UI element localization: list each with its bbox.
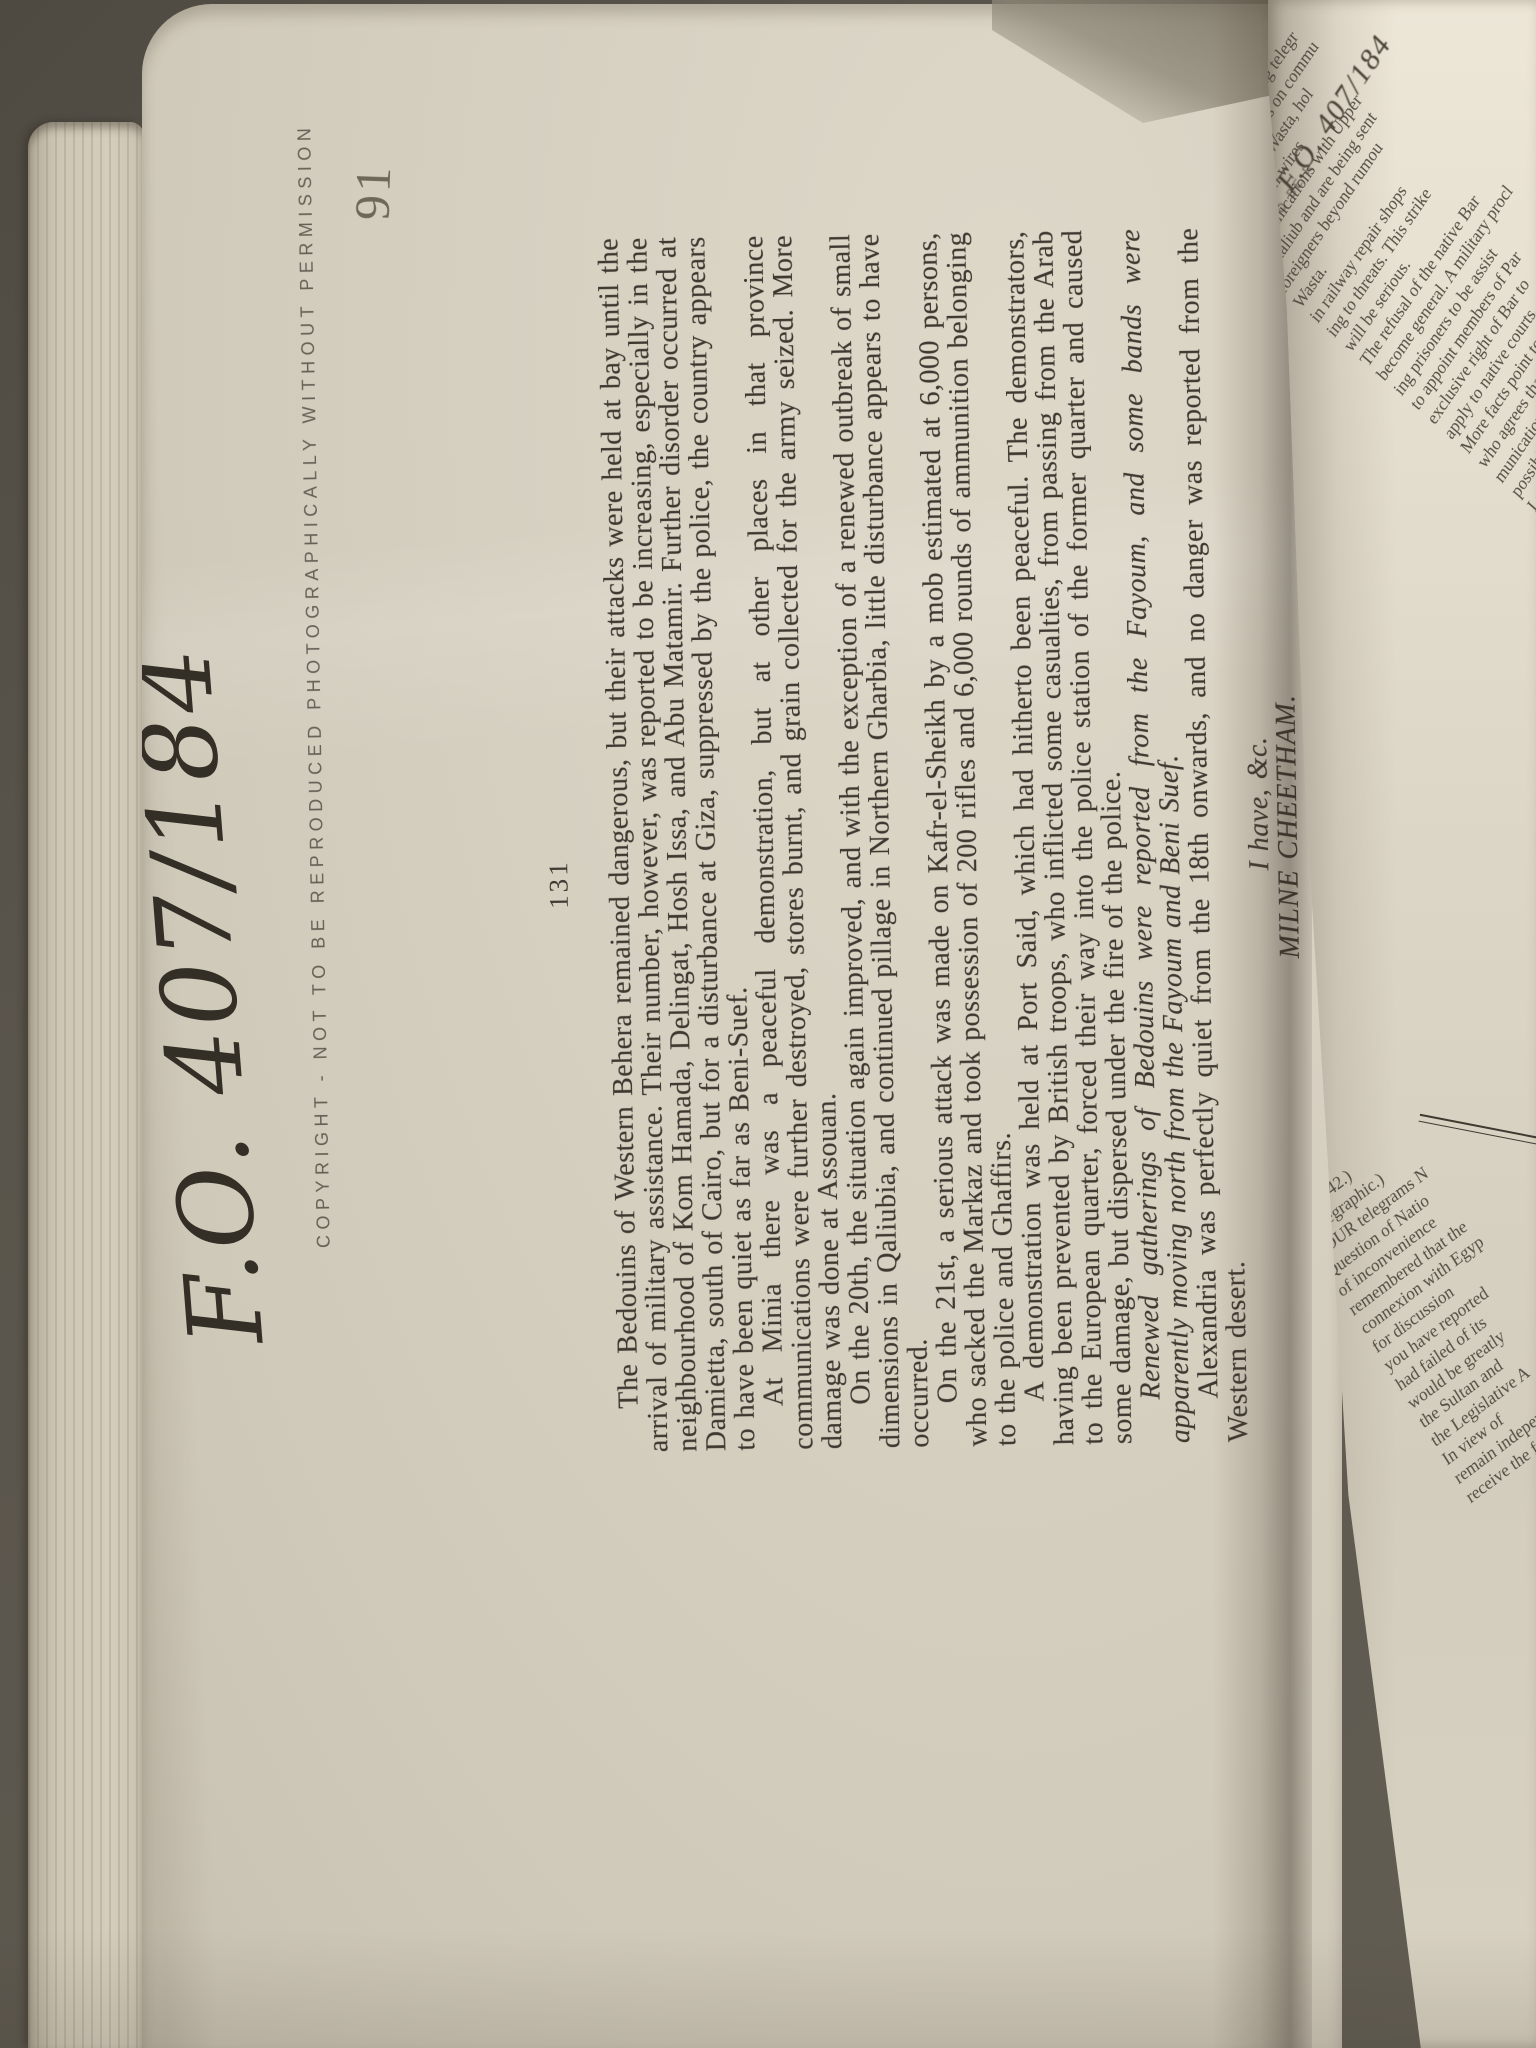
page-number: 131 <box>543 859 575 909</box>
copyright-stamp: COPYRIGHT - NOT TO BE REPRODUCED PHOTOGR… <box>296 238 335 1248</box>
paragraph: The Bedouins of Western Behera remained … <box>594 236 760 1453</box>
paragraph: A demonstration was held at Port Said, w… <box>1000 229 1137 1446</box>
archive-reference-handwritten: F.O. 407/184 <box>142 781 287 1349</box>
book-page-stack-edge <box>28 122 144 2048</box>
dispatch-body-text: The Bedouins of Western Behera remained … <box>594 226 1313 1453</box>
photo-of-open-book: { "colors": { "background": "#57524a", "… <box>0 0 1536 2048</box>
left-page-content-area: F.O. 407/184 COPYRIGHT - NOT TO BE REPRO… <box>142 0 1347 2048</box>
left-page-rotated-plane: F.O. 407/184 COPYRIGHT - NOT TO BE REPRO… <box>142 0 1347 2046</box>
folio-number-pencil: 91 <box>342 163 402 221</box>
